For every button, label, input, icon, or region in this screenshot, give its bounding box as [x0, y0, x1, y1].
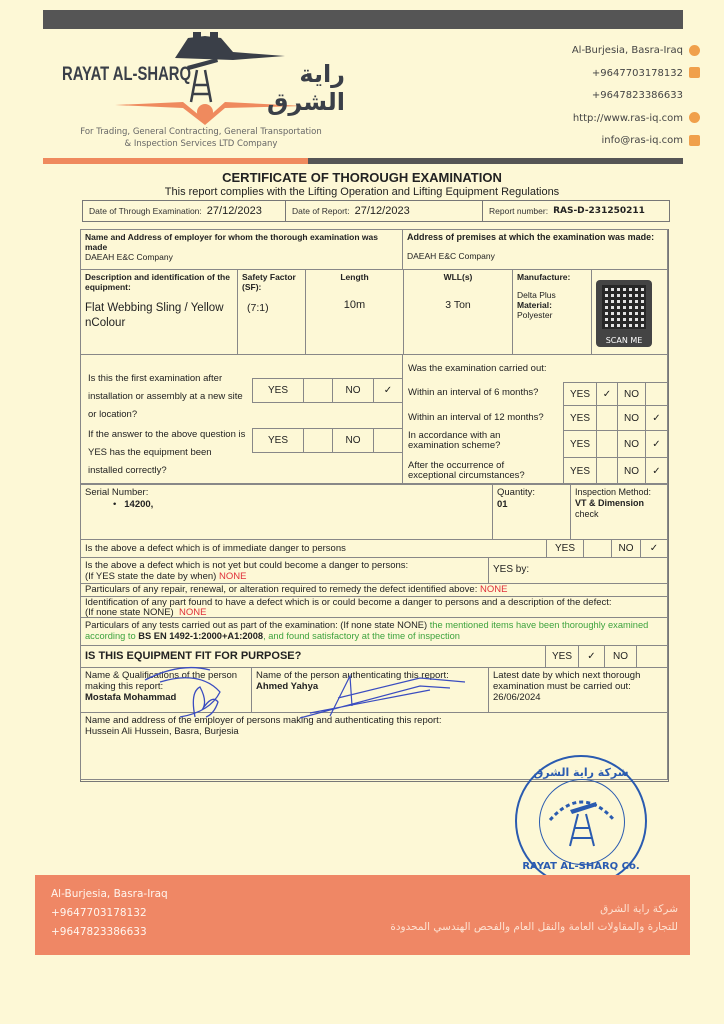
company-tagline: For Trading, General Contracting, Genera…: [60, 126, 342, 150]
header-divider: [43, 158, 683, 164]
question-exceptional: After the occurrence of exceptional circ…: [408, 461, 548, 481]
exam-date: 27/12/2023: [207, 205, 262, 217]
scheme-yes-box[interactable]: [596, 430, 618, 458]
employer-value: DAEAH E&C Company: [85, 252, 398, 262]
wll-cell: WLL(s) 3 Ton: [403, 269, 513, 355]
contact-website[interactable]: http://www.ras-iq.com: [480, 108, 700, 131]
next-exam-date: 26/06/2024: [493, 692, 663, 703]
question-first-exam: Is this the first examination after inst…: [88, 370, 248, 424]
question-installed-correctly: If the answer to the above question is Y…: [88, 426, 248, 480]
interval-12-yes: YES: [563, 405, 597, 431]
certificate-title: CERTIFICATE OF THOROUGH EXAMINATION: [0, 170, 724, 185]
fit-no: NO: [604, 645, 637, 668]
footer-arabic: شركة راية الشرق للتجارة والمقاولات العام…: [390, 900, 678, 936]
future-danger-value: NONE: [219, 571, 246, 582]
stamp-derrick-icon: [539, 779, 625, 865]
contact-phone-1: +9647703178132: [480, 63, 700, 86]
manufacture-cell: Manufacture: Delta Plus Material: Polyes…: [512, 269, 592, 355]
exceptional-no-checkbox[interactable]: ✓: [645, 457, 668, 485]
inspection-method-cell: Inspection Method: VT & Dimension check: [570, 484, 668, 540]
contact-address: Al-Burjesia, Basra-Iraq: [480, 40, 700, 63]
tests-cell: Particulars of any tests carried out as …: [80, 617, 668, 646]
location-pin-icon: [689, 45, 700, 56]
exceptional-no: NO: [617, 457, 646, 485]
immediate-yes-box[interactable]: [583, 539, 612, 558]
header-contact: Al-Burjesia, Basra-Iraq +9647703178132 +…: [480, 40, 700, 153]
exceptional-yes: YES: [563, 457, 597, 485]
future-danger-cell: Is the above a defect which is not yet b…: [80, 557, 489, 584]
qr-code-icon: [602, 285, 646, 329]
installed-yes-box[interactable]: [303, 428, 333, 453]
scheme-yes: YES: [563, 430, 597, 458]
equipment-description-cell: Description and identification of the eq…: [80, 269, 238, 355]
installed-no-box[interactable]: [373, 428, 403, 453]
premises-value: DAEAH E&C Company: [407, 251, 663, 261]
first-exam-yes-box[interactable]: [303, 378, 333, 403]
stamp-text-ar: شركة راية الشرق: [517, 766, 645, 779]
stamp-text-en: RAYAT AL-SHARQ Co.: [517, 861, 645, 872]
fit-yes-checkbox[interactable]: ✓: [578, 645, 605, 668]
qr-caption: SCAN ME: [596, 336, 652, 345]
employer-of-persons-value: Hussein Ali Hussein, Basra, Burjesia: [85, 726, 663, 737]
length-cell: Length 10m: [305, 269, 404, 355]
immediate-danger-question: Is the above a defect which is of immedi…: [80, 539, 547, 558]
installed-no: NO: [332, 428, 374, 453]
fit-yes: YES: [545, 645, 579, 668]
interval-6-no-box[interactable]: [645, 382, 668, 406]
envelope-icon: [689, 135, 700, 146]
globe-icon: [689, 112, 700, 123]
immediate-no: NO: [611, 539, 641, 558]
header-top-bar: [43, 10, 683, 29]
question-interval-12: Within an interval of 12 months?: [408, 409, 544, 427]
maker-signature: [140, 662, 250, 722]
length-value: 10m: [310, 300, 399, 310]
serial-number-cell: Serial Number: • 14200,: [80, 484, 493, 540]
phone-icon: [689, 67, 700, 78]
carried-out-label: Was the examination carried out:: [408, 360, 547, 378]
qr-code[interactable]: SCAN ME: [596, 280, 652, 347]
exam-date-cell: Date of Through Examination:27/12/2023: [83, 201, 286, 221]
footer-phone-1: +9647703178132: [51, 904, 168, 923]
footer-contact: Al-Burjesia, Basra-Iraq +9647703178132 +…: [51, 885, 168, 942]
scheme-no-checkbox[interactable]: ✓: [645, 430, 668, 458]
interval-12-yes-box[interactable]: [596, 405, 618, 431]
material-value: Polyester: [517, 310, 587, 320]
report-number: RAS-D-231250211: [553, 206, 645, 216]
footer-phone-2: +9647823386633: [51, 923, 168, 942]
first-exam-no: NO: [332, 378, 374, 403]
tagline-line-2: & Inspection Services LTD Company: [60, 138, 342, 150]
interval-6-yes: YES: [563, 382, 597, 406]
date-row: Date of Through Examination:27/12/2023 D…: [82, 200, 670, 222]
footer-address: Al-Burjesia, Basra-Iraq: [51, 885, 168, 904]
interval-6-no: NO: [617, 382, 646, 406]
safety-factor: (7:1): [242, 303, 301, 313]
installed-yes: YES: [252, 428, 304, 453]
question-scheme: In accordance with an examination scheme…: [408, 431, 528, 451]
defect-identification-cell: Identification of any part found to have…: [80, 596, 668, 618]
report-number-cell: Report number:RAS-D-231250211: [483, 201, 669, 221]
next-exam-cell: Latest date by which next thorough exami…: [488, 667, 668, 713]
equipment-description: Flat Webbing Sling / Yellow nColour: [85, 301, 233, 331]
test-standard: BS EN 1492-1:2000+A1:2008: [138, 631, 263, 641]
report-date: 27/12/2023: [355, 205, 410, 217]
company-name-ar: راية الشرق: [230, 60, 345, 116]
scheme-no: NO: [617, 430, 646, 458]
yes-by-cell: YES by:: [488, 557, 668, 584]
contact-email[interactable]: info@ras-iq.com: [480, 130, 700, 153]
company-stamp: شركة راية الشرق RAYAT AL-SHARQ Co.: [515, 755, 647, 887]
quantity-cell: Quantity: 01: [492, 484, 571, 540]
repair-cell: Particulars of any repair, renewal, or a…: [80, 583, 668, 597]
first-exam-yes: YES: [252, 378, 304, 403]
interval-12-no-checkbox[interactable]: ✓: [645, 405, 668, 431]
manufacture-value: Delta Plus: [517, 290, 587, 300]
contact-phone-2: +9647823386633: [480, 85, 700, 108]
first-exam-no-checkbox[interactable]: ✓: [373, 378, 403, 403]
serial-number: • 14200,: [85, 499, 488, 511]
premises-cell: Address of premises at which the examina…: [402, 229, 668, 270]
question-interval-6: Within an interval of 6 months?: [408, 384, 538, 402]
immediate-yes: YES: [546, 539, 584, 558]
wll-value: 3 Ton: [408, 300, 508, 310]
interval-6-yes-checkbox[interactable]: ✓: [596, 382, 618, 406]
employer-cell: Name and Address of employer for whom th…: [80, 229, 403, 270]
repair-value: NONE: [480, 584, 507, 595]
quantity-value: 01: [497, 499, 566, 511]
certificate-subtitle: This report complies with the Lifting Op…: [0, 186, 724, 198]
company-name-en: RAYAT AL-SHARQ: [62, 64, 191, 86]
authenticator-signature: [280, 668, 480, 723]
exceptional-yes-box[interactable]: [596, 457, 618, 485]
safety-factor-cell: Safety Factor (SF): (7:1): [237, 269, 306, 355]
footer-bar: Al-Burjesia, Basra-Iraq +9647703178132 +…: [35, 875, 690, 955]
fit-no-box[interactable]: [636, 645, 668, 668]
immediate-no-checkbox[interactable]: ✓: [640, 539, 668, 558]
inspection-method: VT & Dimension: [575, 498, 663, 509]
company-logo: RAYAT AL-SHARQ راية الشرق For Trading, G…: [55, 30, 345, 145]
report-date-cell: Date of Report:27/12/2023: [286, 201, 483, 221]
interval-12-no: NO: [617, 405, 646, 431]
tagline-line-1: For Trading, General Contracting, Genera…: [60, 126, 342, 138]
